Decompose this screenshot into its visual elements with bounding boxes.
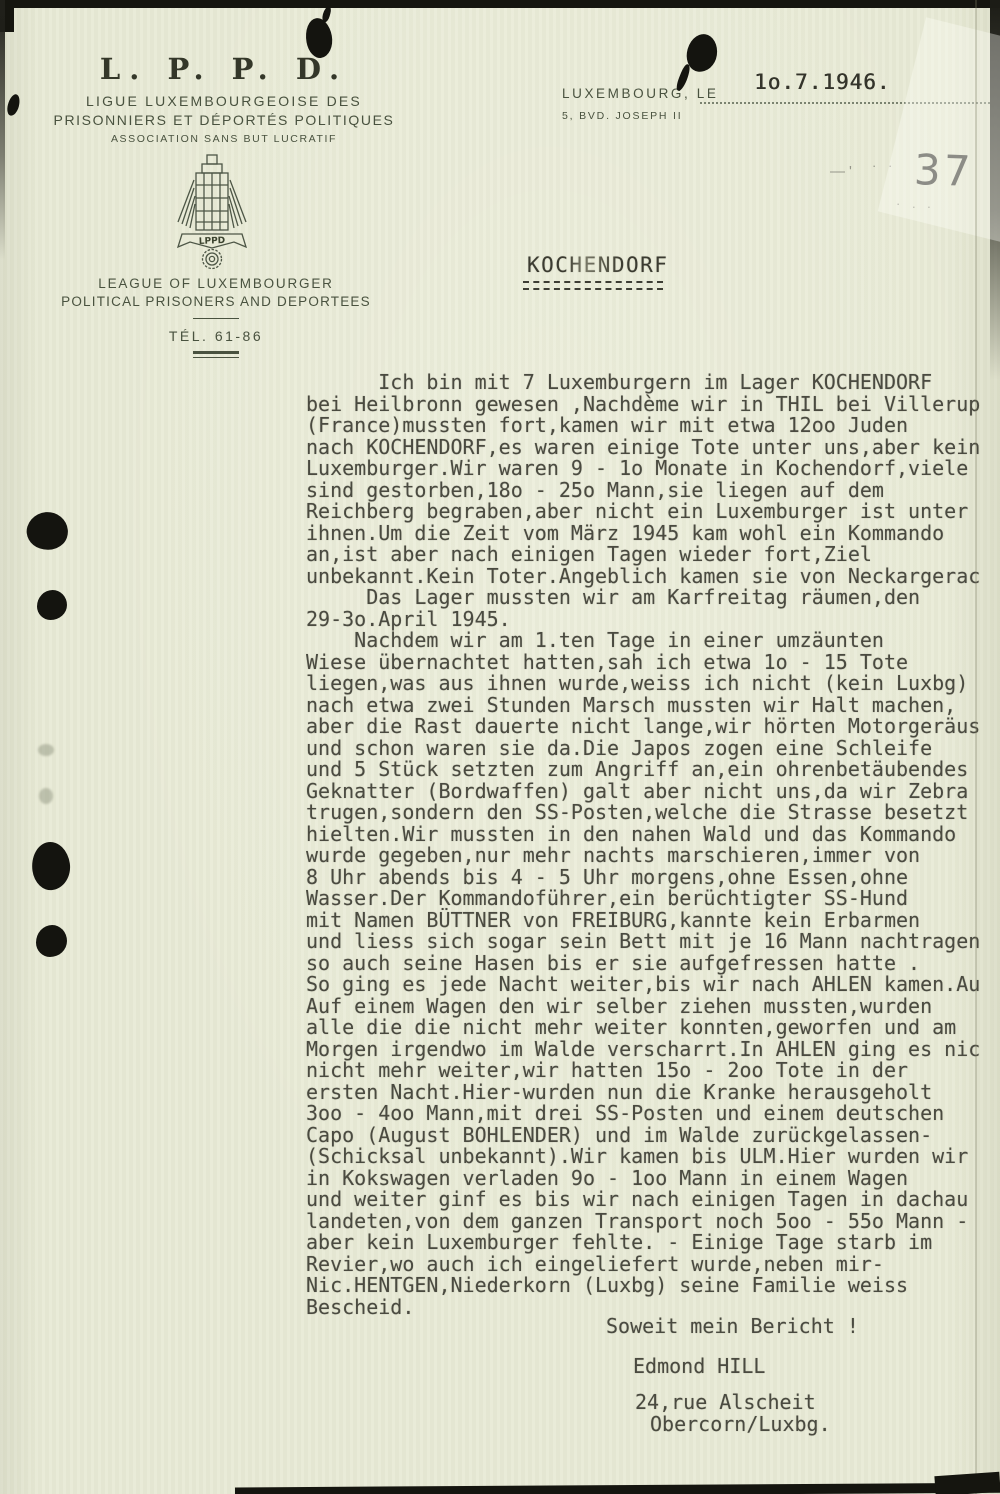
letterhead-english: LEAGUE OF LUXEMBOURGER POLITICAL PRISONE… (40, 276, 392, 358)
paper-corner-highlight (878, 17, 1000, 243)
signature-name: Edmond HILL (633, 1354, 765, 1378)
street-address: 5, BVD. JOSEPH II (562, 110, 682, 122)
body-text: Ich bin mit 7 Luxemburgern im Lager KOCH… (306, 372, 1000, 1318)
pencil-smudge-1 (38, 744, 54, 756)
pencil-dash-marks: —' (830, 163, 856, 180)
signature-address-town: Obercorn/Luxbg. (650, 1412, 831, 1436)
league-english-line2: POLITICAL PRISONERS AND DEPORTEES (40, 294, 392, 309)
double-rule (193, 351, 239, 358)
scan-edge-bottom-right (934, 1472, 1000, 1494)
closing-line: Soweit mein Bericht ! (606, 1314, 859, 1338)
scanned-letter-page: L. P. P. D. LIGUE LUXEMBOURGEOISE DES PR… (0, 0, 1000, 1494)
punch-hole-mark-3 (29, 840, 73, 893)
scan-edge-bottom (235, 1483, 1000, 1494)
title-underline (523, 281, 663, 290)
org-name-line1: LIGUE LUXEMBOURGEOISE DES (28, 93, 420, 109)
punch-hole-mark-1 (22, 507, 73, 556)
typed-date: 1o.7.1946. (754, 70, 890, 94)
pencil-smudge-2 (39, 788, 53, 804)
telephone-number: TÉL. 61-86 (40, 328, 392, 344)
signature-address-street: 24,rue Alscheit (635, 1390, 816, 1414)
paper-crease-line (975, 0, 977, 1494)
document-title: KOCHENDORF (527, 253, 668, 277)
ink-blob-top-right (685, 32, 720, 74)
ink-mark-left-edge (6, 93, 22, 117)
punch-hole-mark-4 (36, 925, 67, 957)
org-abbreviation: L. P. P. D. (28, 52, 420, 86)
org-nonprofit-line: ASSOCIATION SANS BUT LUCRATIF (28, 133, 420, 145)
scan-edge-top (0, 0, 1000, 8)
emblem-icon: LPPD (166, 154, 258, 274)
org-name-line2: PRISONNIERS ET DÉPORTÉS POLITIQUES (28, 112, 420, 128)
lppd-emblem-logo: LPPD (166, 154, 258, 274)
league-english-line1: LEAGUE OF LUXEMBOURGER (40, 276, 392, 291)
place-label: LUXEMBOURG, LE (562, 86, 718, 101)
punch-hole-mark-2 (37, 590, 67, 620)
divider-rule (193, 318, 239, 319)
emblem-text: LPPD (199, 236, 226, 247)
letterhead: L. P. P. D. LIGUE LUXEMBOURGEOISE DES PR… (28, 52, 420, 145)
scan-edge-left (0, 0, 5, 260)
